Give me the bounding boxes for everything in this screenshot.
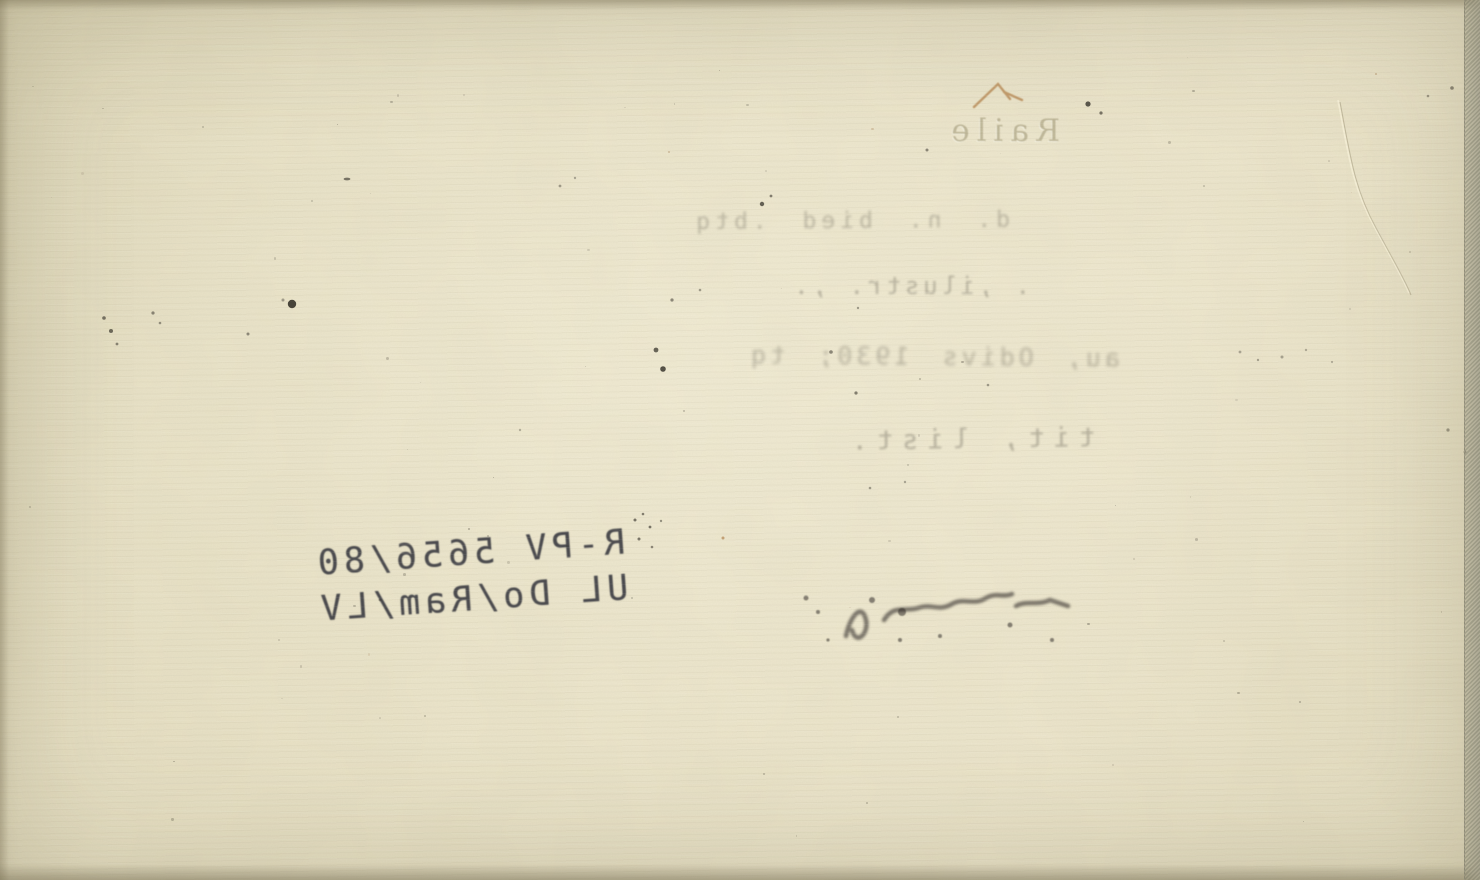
- scan-edge-bottom: [0, 864, 1480, 880]
- dust-speck: [51, 197, 52, 198]
- dust-speck: [173, 761, 175, 763]
- dust-speck: [746, 104, 748, 106]
- dust-speck: [493, 477, 494, 478]
- dust-speck: [907, 464, 909, 466]
- dust-speck: [1349, 308, 1351, 310]
- dust-speck: [918, 434, 921, 437]
- dust-speck: [102, 108, 104, 110]
- dust-speck: [1000, 153, 1001, 154]
- dust-speck: [1112, 764, 1114, 766]
- dust-speck: [1375, 73, 1377, 75]
- dust-speck: [781, 288, 782, 289]
- dust-speck: [624, 107, 625, 108]
- ink-specks: [102, 86, 1466, 601]
- dust-speck: [468, 528, 470, 530]
- dust-speck: [424, 715, 426, 717]
- dust-speck: [919, 378, 921, 380]
- scan-edge-top: [0, 0, 1480, 10]
- dust-speck: [1133, 558, 1135, 560]
- dust-speck: [311, 200, 313, 202]
- crease-line: [1338, 100, 1411, 295]
- bleedthrough-layer: Raile d. n. bied .btq . ,ilustr. ,. au, …: [0, 0, 1480, 880]
- dust-speck: [274, 257, 276, 259]
- dust-speck: [81, 172, 84, 175]
- dust-speck: [420, 382, 421, 383]
- dust-speck: [566, 545, 568, 547]
- dust-speck: [683, 410, 684, 411]
- signature-smudge: [846, 594, 1068, 638]
- dust-speck: [1195, 538, 1198, 541]
- dust-speck: [278, 639, 280, 641]
- dust-speck: [487, 535, 488, 536]
- dust-speck: [1223, 640, 1224, 641]
- dust-speck: [337, 124, 338, 125]
- dust-speck: [1328, 160, 1330, 162]
- dust-speck: [368, 653, 370, 655]
- scan-edge-left: [0, 0, 9, 880]
- ink-stamp: R-PV 5656/80 UL Do/Ram/LV: [311, 519, 630, 633]
- dust-speck: [1192, 90, 1194, 92]
- dust-speck: [1409, 251, 1411, 253]
- dust-speck: [171, 818, 173, 820]
- dust-speck: [1441, 611, 1443, 613]
- grain-overlay: [0, 0, 1480, 880]
- dust-speck: [1303, 821, 1304, 822]
- dust-speck: [765, 170, 767, 172]
- scan-edge-right: [1464, 0, 1480, 880]
- dust-speck: [1203, 185, 1205, 187]
- dust-speck: [796, 835, 798, 837]
- dust-speck: [1190, 496, 1191, 497]
- bleedthrough-line: . ,ilustr. ,.: [790, 272, 1030, 300]
- dust-specks: [0, 0, 1480, 880]
- dust-speck: [1237, 692, 1239, 694]
- bleedthrough-line: d. n. bied .btq: [691, 207, 1010, 235]
- dust-speck: [1299, 701, 1301, 703]
- dust-speck: [507, 561, 510, 564]
- dust-speck: [1168, 141, 1171, 144]
- dust-speck: [407, 449, 408, 450]
- bleedthrough-line: tit, list.: [842, 422, 1095, 457]
- dust-speck: [871, 128, 874, 131]
- stamp-number-line: R-PV 5656/80: [311, 519, 626, 587]
- dust-speck: [1187, 57, 1188, 58]
- dust-speck: [403, 573, 406, 576]
- stamp-code-line: UL Do/Ram/LV: [315, 565, 630, 633]
- dust-speck: [281, 698, 282, 699]
- dust-speck: [719, 70, 720, 71]
- dust-speck: [631, 597, 633, 599]
- dust-speck: [32, 86, 34, 88]
- dust-speck: [379, 717, 381, 719]
- dust-speck: [370, 193, 371, 194]
- dust-speck: [585, 366, 586, 367]
- dust-speck: [1087, 623, 1089, 625]
- dust-speck: [397, 94, 400, 97]
- marks-overlay: [0, 0, 1480, 880]
- dust-speck: [961, 361, 963, 363]
- dust-speck: [866, 802, 868, 804]
- pencil-caret-mark: [974, 84, 1022, 107]
- dust-speck: [587, 249, 590, 252]
- dust-speck: [1115, 505, 1116, 506]
- dust-speck: [668, 151, 670, 153]
- vignette-shading: [0, 0, 1480, 880]
- aging-blotches: [0, 0, 1480, 880]
- dust-speck: [674, 103, 675, 104]
- dust-speck: [897, 716, 899, 718]
- dust-speck: [29, 506, 31, 508]
- dust-speck: [386, 357, 389, 360]
- ghost-title-text: Raile: [944, 113, 1060, 149]
- dust-speck: [888, 540, 891, 543]
- dust-speck: [353, 605, 355, 607]
- dust-speck: [1351, 192, 1352, 193]
- scanned-document: Raile d. n. bied .btq . ,ilustr. ,. au, …: [0, 0, 1480, 880]
- dust-speck: [202, 126, 204, 128]
- dust-speck: [463, 94, 465, 96]
- dust-speck: [1235, 399, 1237, 401]
- bleedthrough-line: au, Odivs 1930; tq: [747, 340, 1120, 372]
- dust-speck: [763, 773, 765, 775]
- dust-speck: [390, 101, 393, 104]
- dust-speck: [300, 665, 302, 667]
- scan-striations: [0, 0, 1480, 880]
- dust-speck: [849, 607, 851, 609]
- signature-ink-dots: [804, 596, 1055, 643]
